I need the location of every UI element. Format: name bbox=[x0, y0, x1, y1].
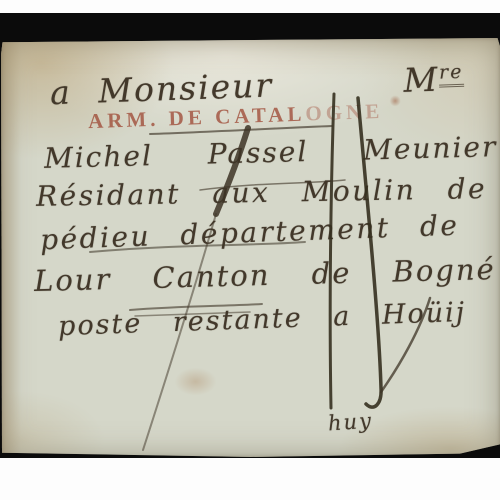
postmark-text-faded: OGNE bbox=[305, 99, 384, 126]
address-line-canton: Lour Canton de Bogné bbox=[34, 252, 496, 298]
address-line-name: Michel Passel Meunier bbox=[44, 130, 498, 175]
salutation-abbrev-letter: M bbox=[403, 60, 440, 100]
salutation-superscript: re bbox=[439, 61, 464, 88]
manuscript-layer: a Monsieur Mre ARM. DE CATALOGNE Michel … bbox=[0, 0, 500, 500]
salutation-abbreviation: Mre bbox=[403, 59, 464, 100]
photo-page: a Monsieur Mre ARM. DE CATALOGNE Michel … bbox=[0, 0, 500, 500]
arrival-docket: huy bbox=[327, 408, 373, 435]
address-line-department: pédieu département de bbox=[40, 209, 460, 257]
address-line-residence: Résidant aux Moulin de bbox=[36, 172, 488, 213]
address-line-poste-restante: poste restante a Hoüij bbox=[58, 297, 467, 342]
